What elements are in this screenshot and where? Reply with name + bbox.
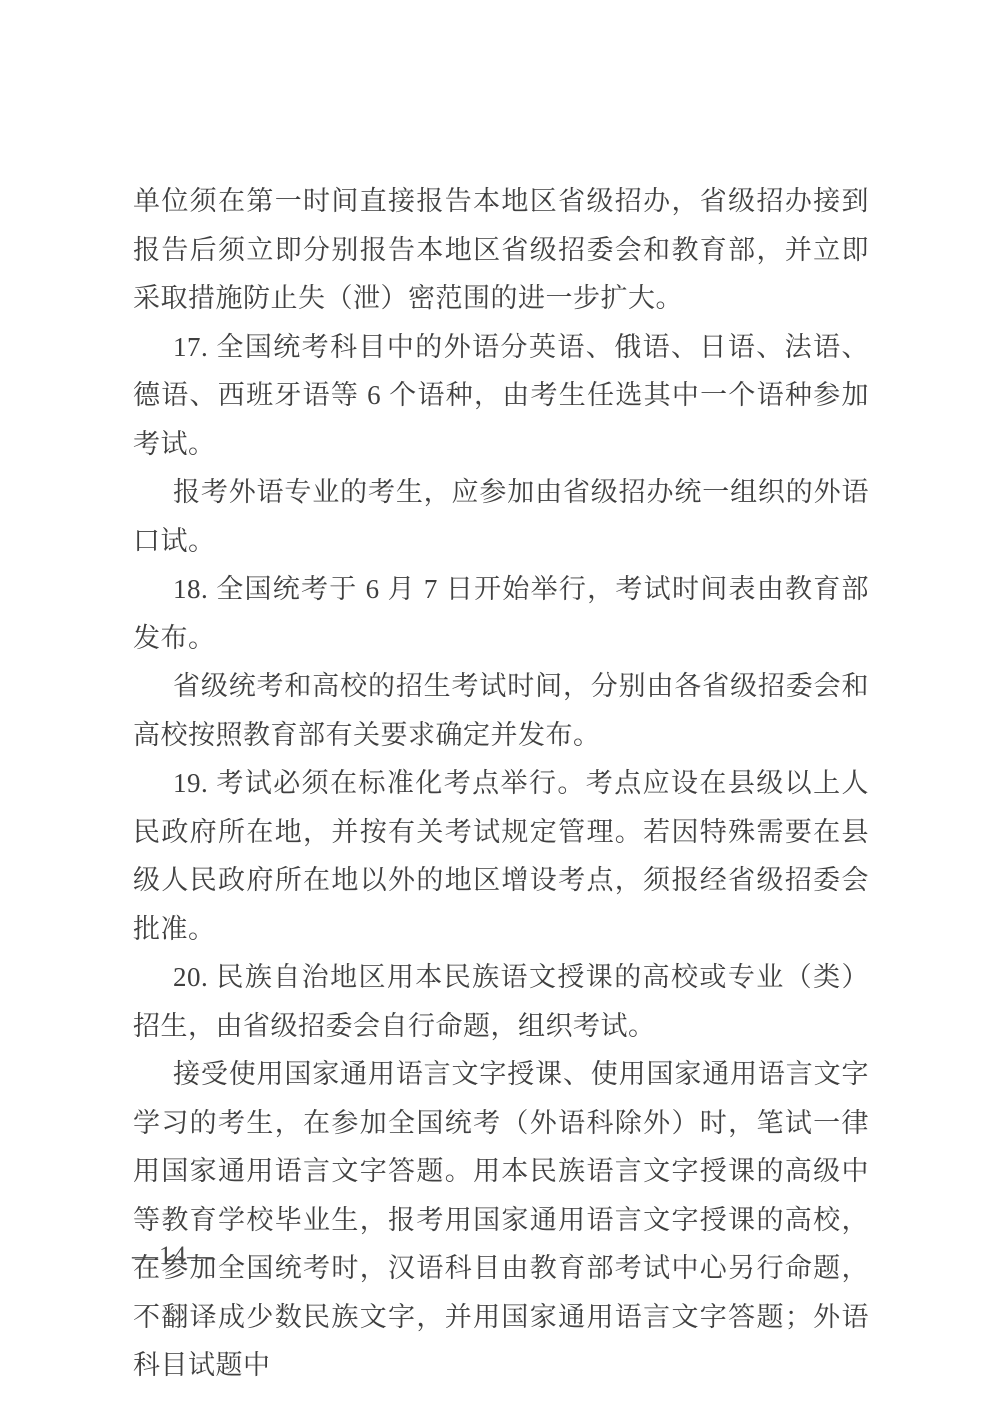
paragraph-item-20-sub: 接受使用国家通用语言文字授课、使用国家通用语言文字学习的考生，在参加全国统考（外… — [133, 1050, 869, 1390]
document-body: 单位须在第一时间直接报告本地区省级招办，省级招办接到报告后须立即分别报告本地区省… — [133, 177, 869, 1390]
document-page: 单位须在第一时间直接报告本地区省级招办，省级招办接到报告后须立即分别报告本地区省… — [0, 0, 1000, 1414]
paragraph-continuation: 单位须在第一时间直接报告本地区省级招办，省级招办接到报告后须立即分别报告本地区省… — [133, 177, 869, 323]
page-number: —14— — [132, 1241, 214, 1271]
paragraph-item-18: 18. 全国统考于 6 月 7 日开始举行，考试时间表由教育部发布。 — [133, 565, 869, 662]
paragraph-item-18-sub: 省级统考和高校的招生考试时间，分别由各省级招委会和高校按照教育部有关要求确定并发… — [133, 662, 869, 759]
paragraph-item-20: 20. 民族自治地区用本民族语文授课的高校或专业（类）招生，由省级招委会自行命题… — [133, 953, 869, 1050]
paragraph-item-17: 17. 全国统考科目中的外语分英语、俄语、日语、法语、德语、西班牙语等 6 个语… — [133, 323, 869, 469]
paragraph-item-19: 19. 考试必须在标准化考点举行。考点应设在县级以上人民政府所在地，并按有关考试… — [133, 759, 869, 953]
paragraph-item-17-sub: 报考外语专业的考生，应参加由省级招办统一组织的外语口试。 — [133, 468, 869, 565]
